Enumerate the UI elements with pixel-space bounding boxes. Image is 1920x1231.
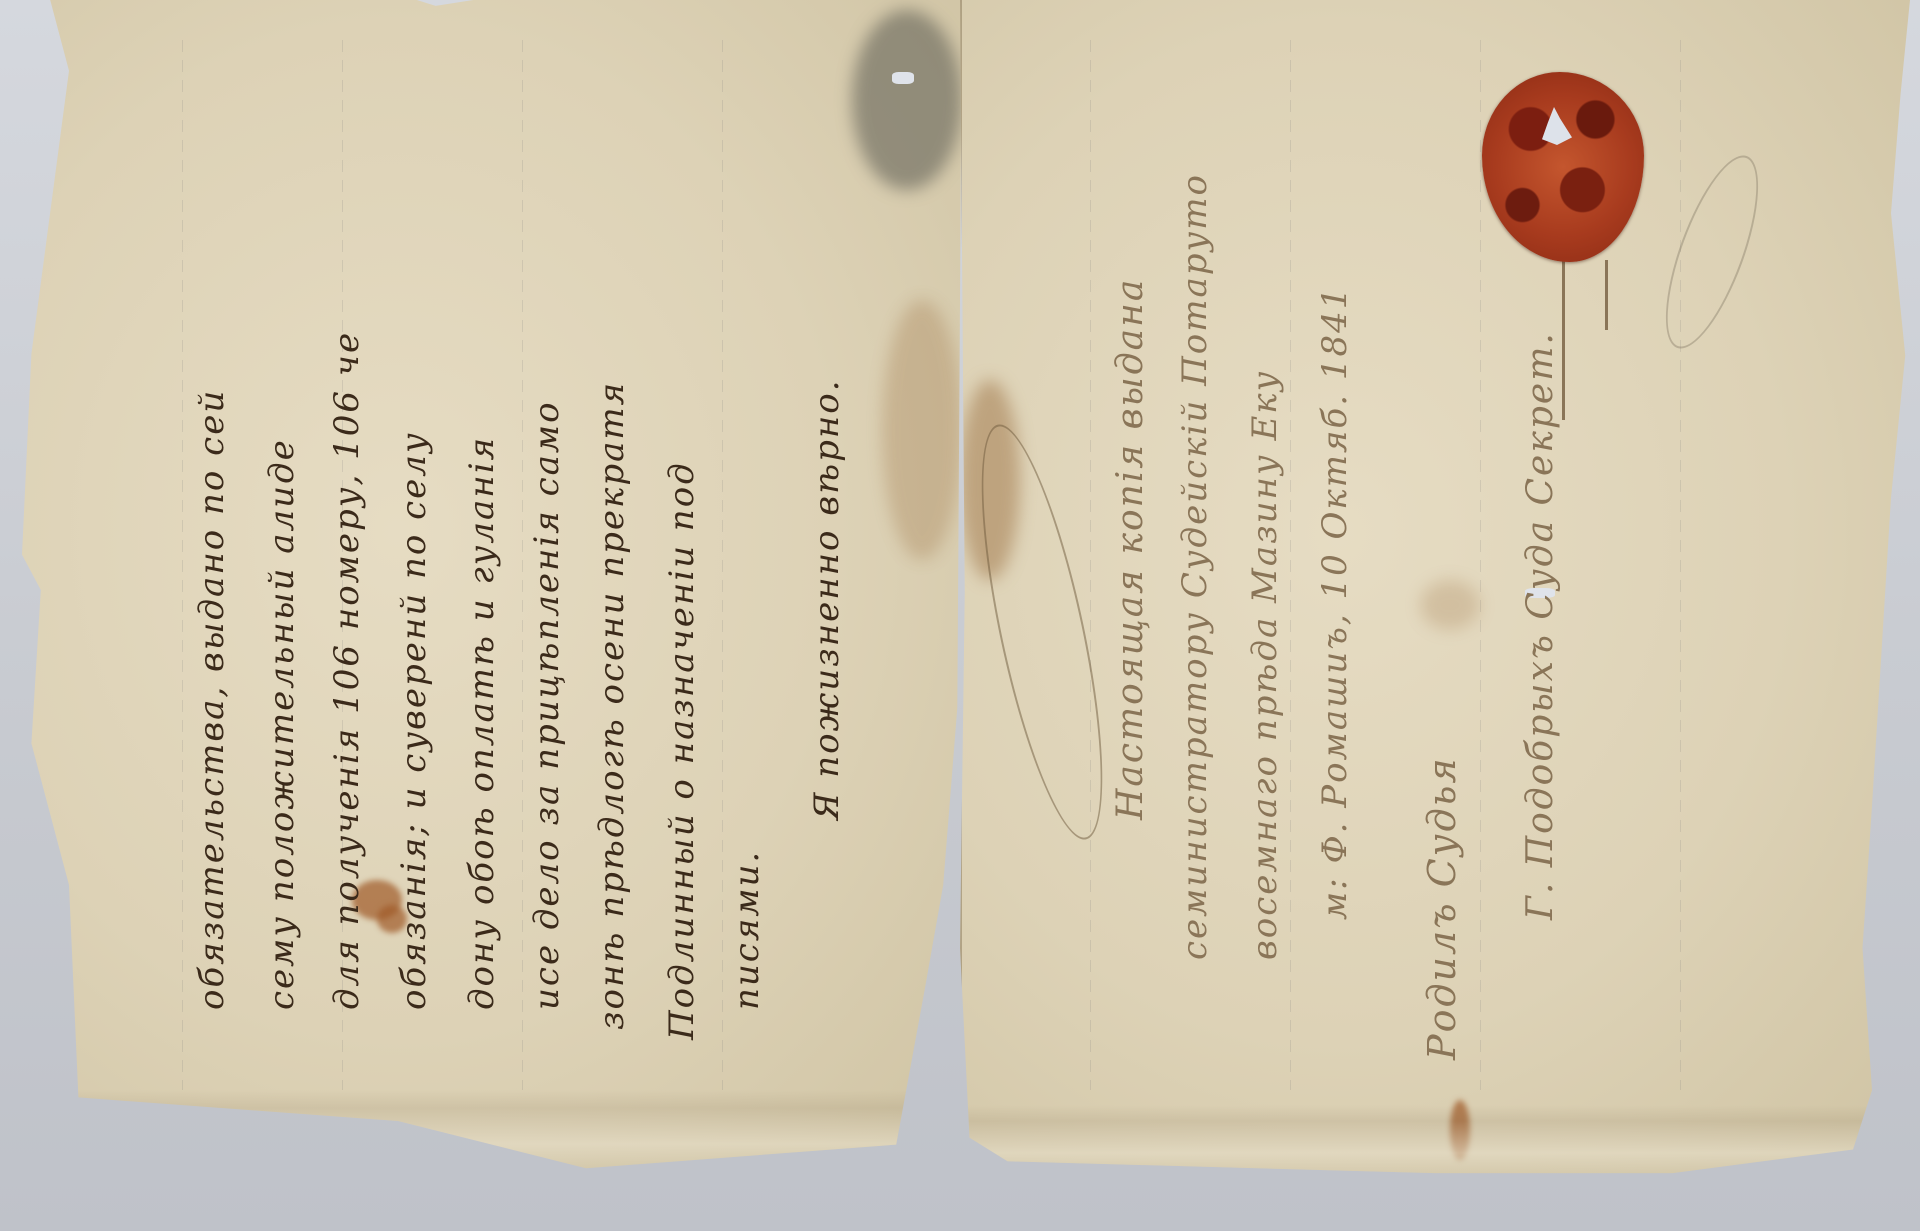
text-line: сему положительный алиде — [262, 438, 302, 1010]
ruling-line — [1680, 40, 1681, 1090]
closing-line: Я пожизненно вѣрно. — [807, 378, 847, 820]
text-line: м: Ф. Ромашиъ, 10 Октяб. 1841 — [1315, 286, 1355, 920]
pencil-mark — [1647, 145, 1777, 359]
water-stain — [882, 300, 962, 560]
ruling-line — [182, 40, 183, 1090]
text-line: обязанія; и суверенй по селу — [394, 431, 434, 1010]
text-line: для полученія 106 номеру, 106 че — [327, 331, 367, 1010]
seal-string — [1562, 260, 1565, 420]
text-line: дону обоѣ оплатѣ и гуланія — [462, 436, 502, 1010]
seal-string — [1605, 260, 1608, 330]
text-line: Подлинный о назначеніи под — [662, 461, 702, 1040]
signature: Г. Подобрыхъ Суда Секрет. — [1520, 331, 1561, 920]
ruling-line — [1090, 40, 1091, 1090]
ruling-line — [1480, 40, 1481, 1090]
text-line: Настоящая копія выдана — [1110, 278, 1151, 820]
water-stain — [1420, 580, 1480, 630]
ruling-line — [1290, 40, 1291, 1090]
water-stain — [852, 10, 962, 190]
signature: Родилъ Судья — [1420, 756, 1464, 1060]
text-line: исе дело за прицѣпленія само — [527, 400, 567, 1010]
left-sheet: обязательства, выдано по сей сему положи… — [22, 0, 962, 1180]
text-line: обязательства, выдано по сей — [192, 389, 232, 1010]
text-line: семинистратору Судейскій Потаруто — [1175, 173, 1215, 960]
seal-crack — [1542, 107, 1572, 145]
text-line: зонѣ прѣдлогѣ осени прекратя — [592, 381, 632, 1030]
flourish-stroke — [957, 416, 1127, 848]
right-sheet: Настоящая копія выдана семинистратору Су… — [960, 0, 1910, 1185]
text-line: восемнаго прѣда Мазину Еку — [1245, 370, 1285, 960]
paper-hole — [892, 72, 914, 84]
ruling-line — [722, 40, 723, 1090]
text-line: писями. — [727, 850, 767, 1010]
ruling-line — [522, 40, 523, 1090]
